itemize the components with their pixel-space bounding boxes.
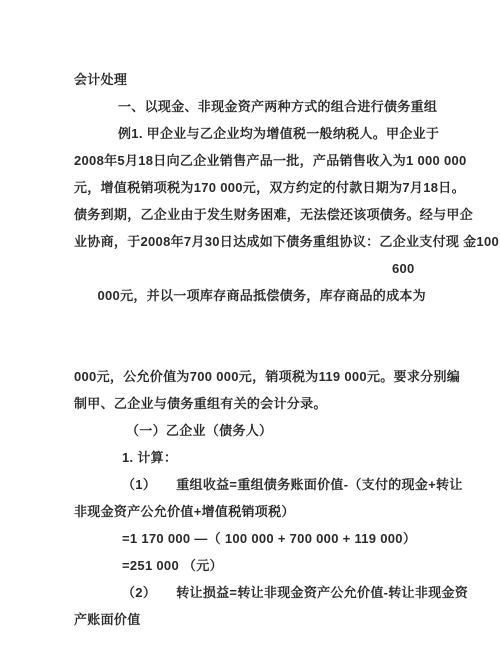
calc1-value-line-1: =1 170 000 —（ 100 000 + 700 000 + 119 00… [74, 525, 482, 552]
agreement-line-4: 制甲、乙企业与债务重组有关的会计分录。 [74, 390, 482, 417]
calc-label: 1. 计算： [74, 444, 482, 471]
page-title: 会计处理 [74, 66, 482, 93]
document-page: 会计处理 一、以现金、非现金资产两种方式的组合进行债务重组 例1. 甲企业与乙企… [0, 0, 500, 658]
agreement-line-2-text: 000元，并以一项库存商品抵偿债务，库存商品的成本为 [97, 288, 426, 303]
example-intro-line-3: 元，增值税销项税为170 000元，双方约定的付款日期为7月18日。 [74, 174, 482, 201]
calc2-formula-line-1: （2） 转让损益=转让非现金资产公允价值-转让非现金资 [74, 579, 482, 606]
section-heading: 一、以现金、非现金资产两种方式的组合进行债务重组 [74, 93, 482, 120]
agreement-line-2: 000元，并以一项库存商品抵偿债务，库存商品的成本为 600 [74, 255, 482, 363]
agreement-line-3: 000元，公允价值为700 000元，销项税为119 000元。要求分别编 [74, 363, 482, 390]
calc2-formula-line-2: 产账面价值 [74, 606, 482, 633]
calc1-formula-line-2: 非现金资产公允价值+增值税销项税） [74, 498, 482, 525]
example-intro-line-4: 债务到期，乙企业由于发生财务困难，无法偿还该项债务。经与甲企 [74, 201, 482, 228]
calc1-formula-line-1: （1） 重组收益=重组债务账面价值-（支付的现金+转让 [74, 471, 482, 498]
agreement-line-1: 业协商，于2008年7月30日达成如下债务重组协议：乙企业支付现 金100 [74, 228, 482, 255]
example-intro-line-2: 2008年5月18日向乙企业销售产品一批，产品销售收入为1 000 000 [74, 147, 482, 174]
agreement-line-2-amount: 600 [392, 255, 415, 282]
calc1-value-line-2: =251 000 （元） [74, 552, 482, 579]
example-intro-line-1: 例1. 甲企业与乙企业均为增值税一般纳税人。甲企业于 [74, 120, 482, 147]
subsection-heading: （一）乙企业（债务人） [74, 417, 482, 444]
document-content: 会计处理 一、以现金、非现金资产两种方式的组合进行债务重组 例1. 甲企业与乙企… [0, 0, 500, 633]
